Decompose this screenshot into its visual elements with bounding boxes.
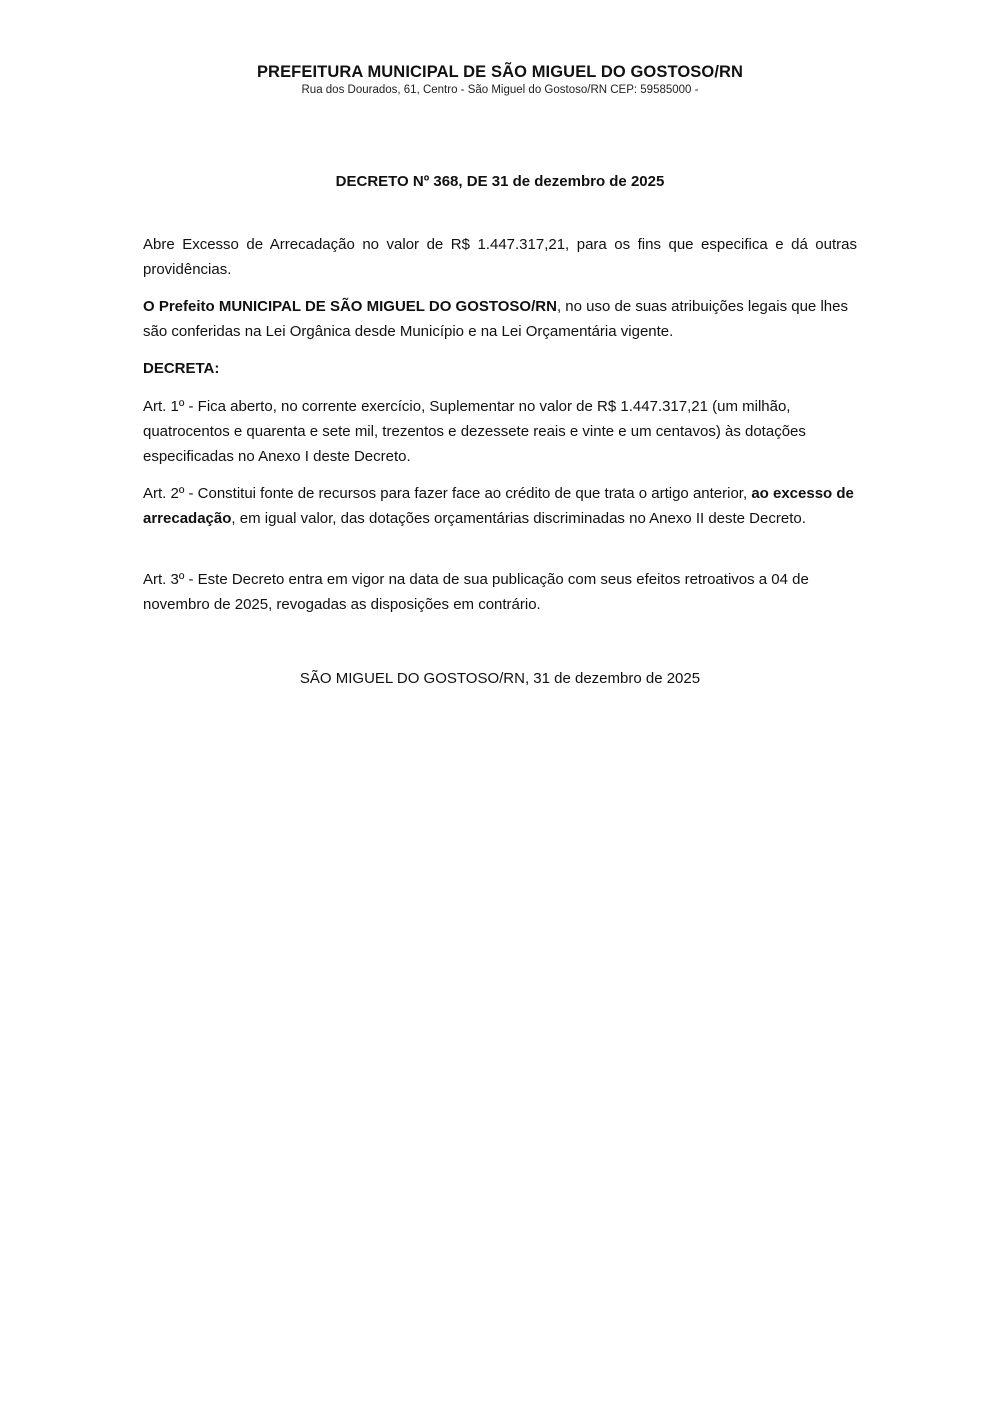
decreta-label: DECRETA: [143, 356, 857, 381]
article-2-text-start: Art. 2º - Constitui fonte de recursos pa… [143, 485, 751, 502]
preamble-authority: O Prefeito MUNICIPAL DE SÃO MIGUEL DO GO… [143, 298, 557, 315]
decree-preamble: O Prefeito MUNICIPAL DE SÃO MIGUEL DO GO… [143, 294, 857, 344]
decree-ementa: Abre Excesso de Arrecadação no valor de … [143, 232, 857, 282]
municipality-title: PREFEITURA MUNICIPAL DE SÃO MIGUEL DO GO… [0, 62, 1000, 82]
place-and-date: SÃO MIGUEL DO GOSTOSO/RN, 31 de dezembro… [0, 668, 1000, 690]
letterhead: PREFEITURA MUNICIPAL DE SÃO MIGUEL DO GO… [0, 62, 1000, 98]
municipality-address: Rua dos Dourados, 61, Centro - São Migue… [0, 82, 1000, 98]
article-3: Art. 3º - Este Decreto entra em vigor na… [143, 567, 857, 617]
article-2-text-end: , em igual valor, das dotações orçamentá… [231, 510, 805, 527]
article-2: Art. 2º - Constitui fonte de recursos pa… [143, 481, 857, 531]
document-page: PREFEITURA MUNICIPAL DE SÃO MIGUEL DO GO… [0, 0, 1000, 1415]
article-1: Art. 1º - Fica aberto, no corrente exerc… [143, 394, 857, 469]
decree-title: DECRETO Nº 368, DE 31 de dezembro de 202… [0, 172, 1000, 192]
